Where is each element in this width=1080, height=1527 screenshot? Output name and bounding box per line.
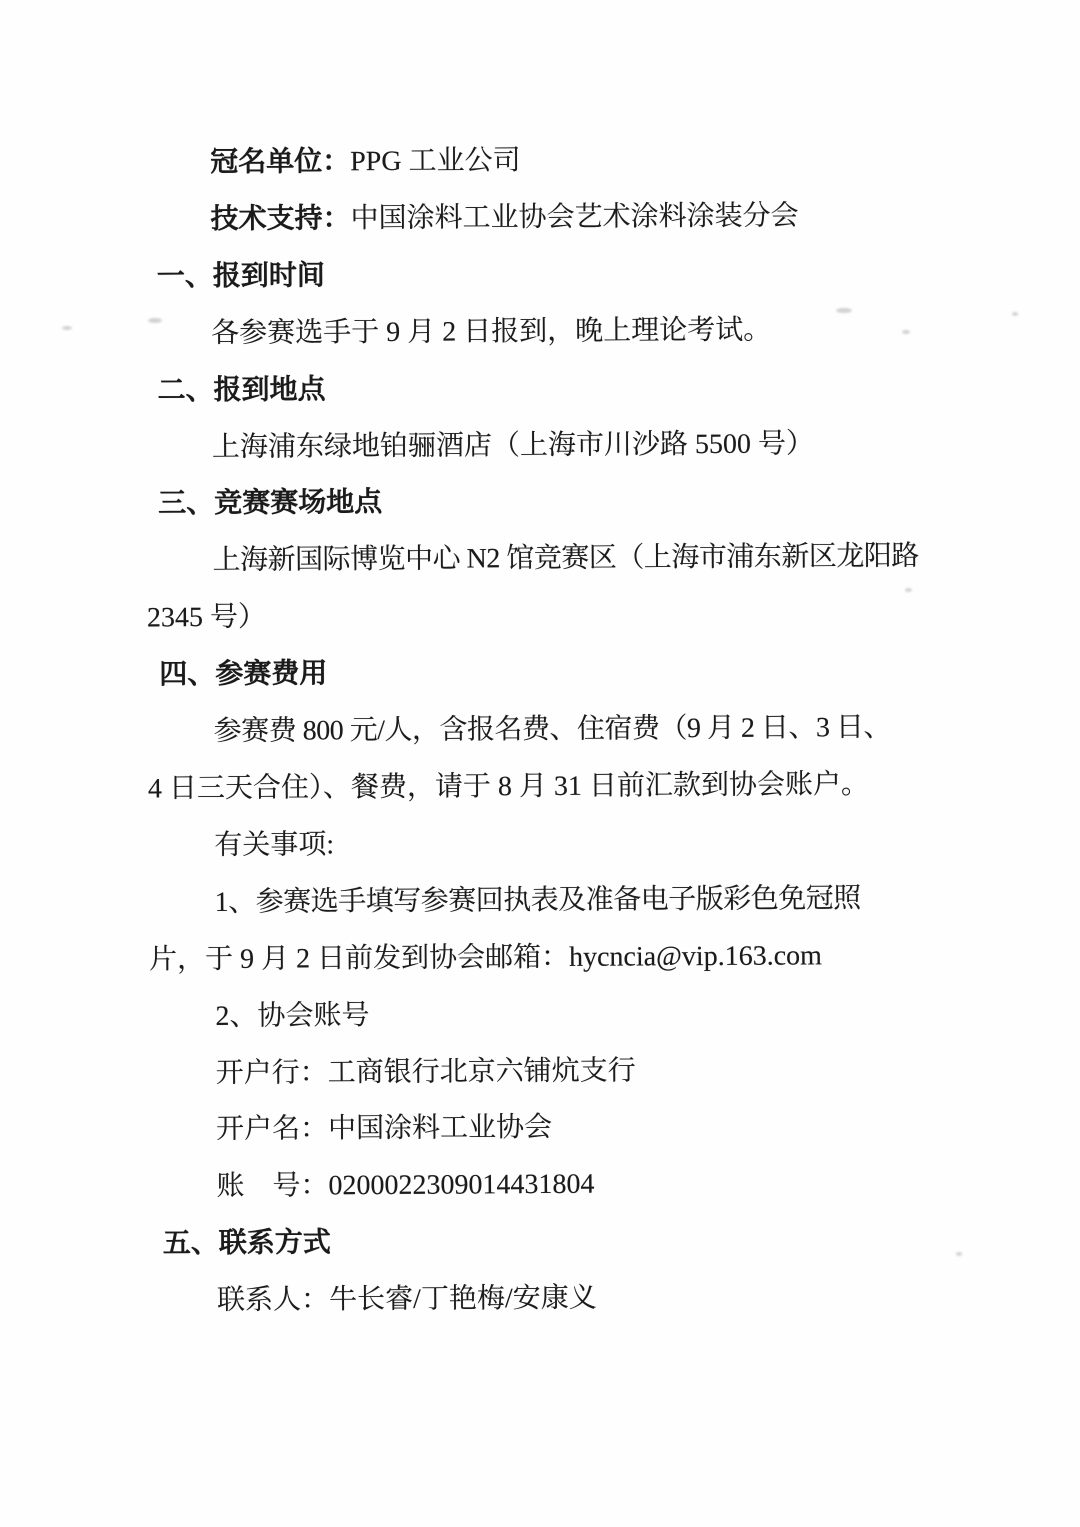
scanned-document-page: 冠名单位：PPG 工业公司 技术支持：中国涂料工业协会艺术涂料涂装分会 一、报到… — [0, 0, 1080, 1527]
technical-support-value: 中国涂料工业协会艺术涂料涂装分会 — [350, 200, 798, 234]
section-1-body-line: 各参赛选手于 9 月 2 日报到，晚上理论考试。 — [145, 301, 937, 363]
fee-body-line-1: 参赛费 800 元/人，含报名费、住宿费（9 月 2 日、3 日、 — [147, 700, 939, 762]
section-4-heading: 四、参赛费用 — [147, 643, 939, 705]
document-content: 冠名单位：PPG 工业公司 技术支持：中国涂料工业协会艺术涂料涂装分会 一、报到… — [144, 131, 943, 1331]
section-2-body-line: 上海浦东绿地铂骊酒店（上海市川沙路 5500 号） — [146, 415, 938, 477]
bank-name-line: 开户行：工商银行北京六铺炕支行 — [150, 1041, 942, 1103]
section-3-body-line-1: 上海新国际博览中心 N2 馆竞赛区（上海市浦东新区龙阳路 — [146, 529, 938, 591]
fee-body-line-2: 4 日三天合住）、餐费，请于 8 月 31 日前汇款到协会账户。 — [148, 757, 940, 819]
section-3-heading: 三、竞赛赛场地点 — [146, 472, 938, 534]
note-1-line-2: 片，于 9 月 2 日前发到协会邮箱：hycncia@vip.163.com — [149, 927, 941, 989]
title-sponsor-line: 冠名单位：PPG 工业公司 — [144, 131, 936, 193]
scan-speckle — [905, 588, 912, 592]
section-3-body-line-2: 2345 号） — [147, 586, 939, 648]
section-2-heading: 二、报到地点 — [145, 358, 937, 420]
contact-person-line: 联系人：牛长睿/丁艳梅/安康义 — [151, 1269, 943, 1331]
account-number-line: 账 号：0200022309014431804 — [150, 1155, 942, 1217]
account-name-line: 开户名：中国涂料工业协会 — [150, 1098, 942, 1160]
scan-speckle — [62, 326, 72, 330]
scan-speckle — [956, 1252, 962, 1256]
note-1-line-1: 1、参赛选手填写参赛回执表及准备电子版彩色免冠照 — [149, 870, 941, 932]
scan-speckle — [1012, 312, 1018, 316]
title-sponsor-value: PPG 工业公司 — [350, 145, 521, 177]
technical-support-line: 技术支持：中国涂料工业协会艺术涂料涂装分会 — [144, 188, 936, 250]
technical-support-label: 技术支持： — [210, 203, 350, 235]
section-5-heading: 五、联系方式 — [151, 1212, 943, 1274]
scan-speckle — [836, 308, 852, 313]
scan-speckle — [902, 330, 910, 334]
title-sponsor-label: 冠名单位： — [210, 146, 350, 178]
scan-speckle — [148, 318, 162, 323]
note-2-line: 2、协会账号 — [149, 984, 941, 1046]
notes-label-line: 有关事项: — [148, 813, 940, 875]
section-1-heading: 一、报到时间 — [145, 244, 937, 306]
